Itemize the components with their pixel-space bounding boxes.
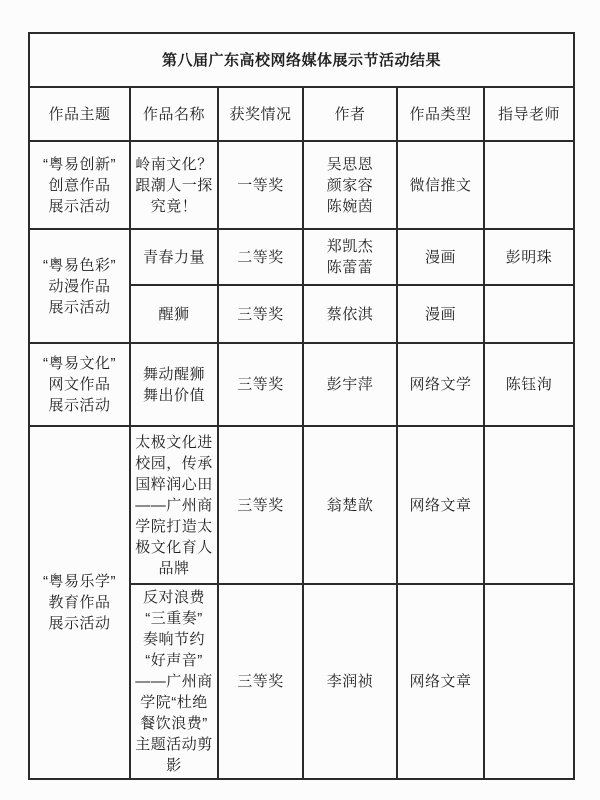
cell-name: 太极文化进 校园，传承 国粹润心田 ——广州商 学院打造太 极文化育人 品牌 — [130, 426, 218, 584]
col-header-author: 作者 — [303, 87, 397, 141]
cell-name: 反对浪费 “三重奏” 奏响节约 “好声音” ——广州商 学院“杜绝 餐饮浪费” … — [130, 584, 218, 779]
cell-authors: 蔡依淇 — [303, 285, 397, 343]
cell-theme: “粤易乐学” 教育作品 展示活动 — [29, 426, 130, 779]
cell-theme: “粤易色彩” 动漫作品 展示活动 — [29, 229, 130, 343]
table-row: “粤易色彩” 动漫作品 展示活动 青春力量 二等奖 郑凯杰 陈蕾蕾 漫画 彭明珠 — [29, 229, 574, 285]
col-header-teacher: 指导老师 — [484, 87, 574, 141]
cell-award: 二等奖 — [218, 229, 303, 285]
cell-type: 网络文学 — [397, 343, 484, 426]
cell-teacher: 陈钰洵 — [484, 343, 574, 426]
table-title: 第八届广东高校网络媒体展示节活动结果 — [29, 33, 574, 87]
cell-teacher — [484, 285, 574, 343]
cell-authors: 彭宇萍 — [303, 343, 397, 426]
cell-teacher — [484, 141, 574, 229]
cell-teacher: 彭明珠 — [484, 229, 574, 285]
cell-authors: 李润祯 — [303, 584, 397, 779]
col-header-name: 作品名称 — [130, 87, 218, 141]
cell-award: 三等奖 — [218, 584, 303, 779]
cell-name: 醒狮 — [130, 285, 218, 343]
cell-theme: “粤易文化” 网文作品 展示活动 — [29, 343, 130, 426]
cell-award: 三等奖 — [218, 285, 303, 343]
cell-award: 三等奖 — [218, 343, 303, 426]
table-row: “粤易乐学” 教育作品 展示活动 太极文化进 校园，传承 国粹润心田 ——广州商… — [29, 426, 574, 584]
cell-type: 漫画 — [397, 285, 484, 343]
document-page: 第八届广东高校网络媒体展示节活动结果 作品主题 作品名称 获奖情况 作者 作品类… — [0, 0, 600, 800]
cell-type: 微信推文 — [397, 141, 484, 229]
cell-name: 青春力量 — [130, 229, 218, 285]
cell-teacher — [484, 584, 574, 779]
cell-authors: 吴思恩 颜家容 陈婉茵 — [303, 141, 397, 229]
cell-type: 网络文章 — [397, 426, 484, 584]
cell-name: 舞动醒狮 舞出价值 — [130, 343, 218, 426]
cell-award: 一等奖 — [218, 141, 303, 229]
table-row: “粤易创新” 创意作品 展示活动 岭南文化？ 跟潮人一探 究竟！ 一等奖 吴思恩… — [29, 141, 574, 229]
col-header-type: 作品类型 — [397, 87, 484, 141]
results-table: 第八届广东高校网络媒体展示节活动结果 作品主题 作品名称 获奖情况 作者 作品类… — [28, 32, 575, 780]
cell-authors: 郑凯杰 陈蕾蕾 — [303, 229, 397, 285]
cell-award: 三等奖 — [218, 426, 303, 584]
cell-teacher — [484, 426, 574, 584]
col-header-award: 获奖情况 — [218, 87, 303, 141]
cell-theme: “粤易创新” 创意作品 展示活动 — [29, 141, 130, 229]
col-header-theme: 作品主题 — [29, 87, 130, 141]
cell-authors: 翁楚歆 — [303, 426, 397, 584]
cell-type: 漫画 — [397, 229, 484, 285]
cell-type: 网络文章 — [397, 584, 484, 779]
table-row: “粤易文化” 网文作品 展示活动 舞动醒狮 舞出价值 三等奖 彭宇萍 网络文学 … — [29, 343, 574, 426]
cell-name: 岭南文化？ 跟潮人一探 究竟！ — [130, 141, 218, 229]
